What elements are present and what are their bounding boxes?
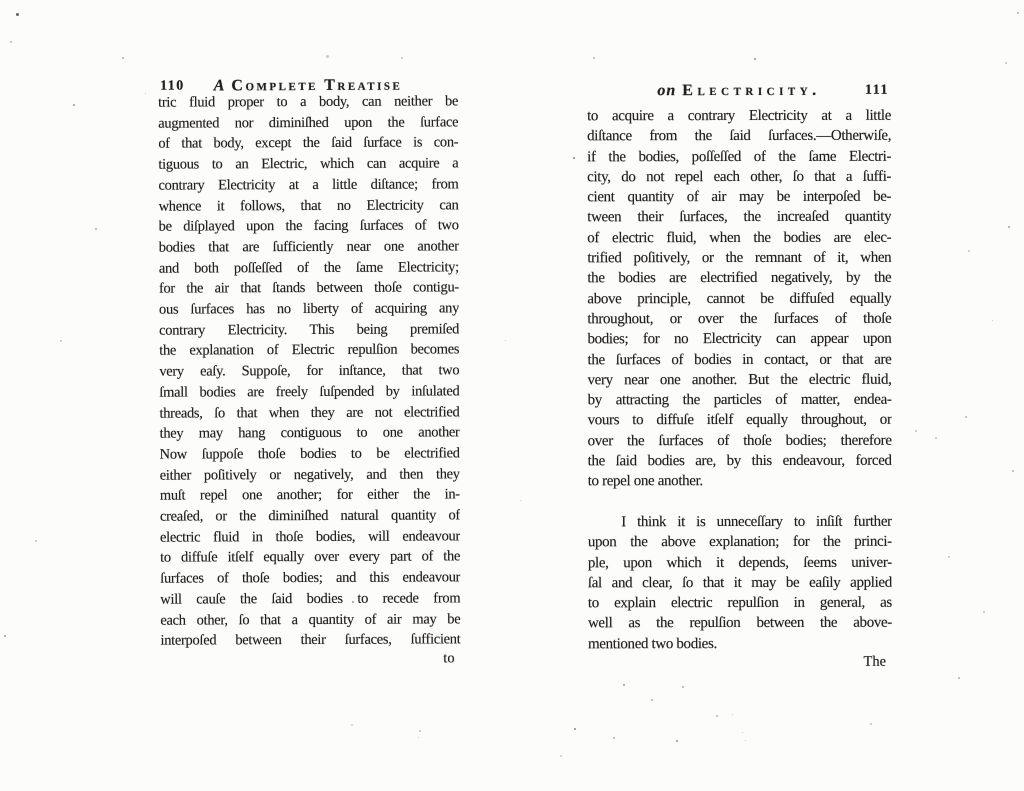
text-line: bodies that are ſufficiently near one an… xyxy=(159,236,459,258)
noise-speck xyxy=(145,93,146,94)
noise-speck xyxy=(122,57,124,59)
noise-speck xyxy=(682,686,684,688)
noise-speck xyxy=(992,320,993,321)
noise-speck xyxy=(16,13,19,16)
left-text-block: tric fluid proper to a body, can neither… xyxy=(158,91,460,651)
text-line: very eaſy. Suppoſe, for inſtance, that t… xyxy=(159,360,459,382)
text-line: vours to diffuſe itſelf equally througho… xyxy=(588,410,892,431)
right-header-title: onElectricity. xyxy=(587,82,891,101)
text-line: trified poſitively, or the remnant of it… xyxy=(587,248,891,269)
noise-speck xyxy=(742,732,743,733)
text-line: throughout, or over the ſurfaces of thoſ… xyxy=(587,309,891,330)
text-line: tween their ſurfaces, the increaſed quan… xyxy=(587,207,891,228)
text-line: diſtance from the ſaid ſurfaces.—Otherwi… xyxy=(587,126,891,147)
right-text-block: to acquire a contrary Electricity at a l… xyxy=(587,106,892,655)
text-line: if the bodies, poſſeſſed of the ſame Ele… xyxy=(587,146,891,167)
left-page: 110 AComplete Treatise tric fluid proper… xyxy=(158,73,458,74)
noise-speck xyxy=(870,723,872,725)
text-line xyxy=(588,491,892,512)
noise-speck xyxy=(401,57,403,59)
text-line: and both poſſeſſed of the ſame Electrici… xyxy=(159,257,459,279)
noise-speck xyxy=(573,157,575,159)
noise-speck xyxy=(915,430,917,432)
text-line: they may hang contiguous to one another xyxy=(160,423,460,445)
text-line: threads, ſo that when they are not elect… xyxy=(159,402,459,424)
right-page-number: 111 xyxy=(865,83,889,99)
noise-speck xyxy=(95,228,97,230)
text-line: creaſed, or the diminiſhed natural quant… xyxy=(160,505,460,527)
right-header-article: on xyxy=(657,82,676,99)
noise-speck xyxy=(326,55,329,58)
text-line: over the ſurfaces of thoſe bodies; there… xyxy=(588,430,892,451)
noise-speck xyxy=(574,728,576,730)
noise-speck xyxy=(676,740,678,742)
text-line: to explain electric repulſion in general… xyxy=(588,593,892,614)
text-line: muſt repel one another; for either the i… xyxy=(160,485,460,507)
text-line: of electric fluid, when the bodies are e… xyxy=(587,228,891,249)
noise-speck xyxy=(754,58,756,60)
noise-speck xyxy=(419,730,421,732)
noise-speck xyxy=(300,434,302,436)
noise-speck xyxy=(560,755,562,757)
noise-speck xyxy=(958,677,960,679)
noise-speck xyxy=(60,340,62,342)
noise-speck xyxy=(935,437,937,439)
noise-speck xyxy=(505,340,506,341)
text-line: either poſitively or negatively, and the… xyxy=(160,464,460,486)
noise-speck xyxy=(352,601,354,603)
text-line: ſurfaces of thoſe bodies; and this endea… xyxy=(160,568,460,590)
text-line: ſal and clear, ſo that it may be eaſily … xyxy=(588,573,892,594)
text-line: the explanation of Electric repulſion be… xyxy=(159,340,459,362)
text-line: be diſplayed upon the facing ſurfaces of… xyxy=(159,216,459,238)
right-catchword: The xyxy=(863,654,886,671)
text-line: Now ſuppoſe thoſe bodies to be electrifi… xyxy=(160,443,460,465)
text-line: bodies; for no Electricity can appear up… xyxy=(587,329,891,350)
noise-speck xyxy=(1012,470,1014,472)
noise-speck xyxy=(593,57,595,59)
noise-speck xyxy=(948,556,950,558)
text-line: very near one another. But the electric … xyxy=(588,370,892,391)
text-line: for the air that ſtands between thoſe co… xyxy=(159,278,459,300)
noise-speck xyxy=(1017,12,1019,14)
text-line: ous ſurfaces has no liberty of acquiring… xyxy=(159,298,459,320)
noise-speck xyxy=(418,737,419,738)
text-line: ple, upon which it depends, ſeems univer… xyxy=(588,552,892,573)
left-catchword: to xyxy=(443,650,454,667)
noise-speck xyxy=(745,740,746,741)
right-header-caps: Electricity. xyxy=(682,82,820,99)
text-line: the ſurfaces of bodies in contact, or th… xyxy=(587,349,891,370)
noise-speck xyxy=(73,104,75,106)
text-line: upon the above explanation; for the prin… xyxy=(588,532,892,553)
noise-speck xyxy=(716,715,718,717)
text-line: the bodies are electrified negatively, b… xyxy=(587,268,891,289)
text-line: well as the repulſion between the above- xyxy=(588,613,892,634)
noise-speck xyxy=(613,737,615,739)
noise-speck xyxy=(1005,62,1007,64)
text-line: each other, ſo that a quantity of air ma… xyxy=(160,609,460,631)
right-page: onElectricity. 111 to acquire a contrary… xyxy=(587,80,891,81)
text-line: electric fluid in thoſe bodies, will end… xyxy=(160,526,460,548)
noise-speck xyxy=(965,416,967,418)
text-line: will cauſe the ſaid bodies to recede fro… xyxy=(160,588,460,610)
text-line: to acquire a contrary Electricity at a l… xyxy=(587,106,891,127)
noise-speck xyxy=(520,500,521,501)
text-line: I think it is unneceſſary to inſiſt furt… xyxy=(588,512,892,533)
book-scan: 110 AComplete Treatise tric fluid proper… xyxy=(0,0,1024,791)
right-running-head: onElectricity. 111 xyxy=(587,82,891,103)
noise-speck xyxy=(983,611,985,613)
noise-speck xyxy=(4,635,6,637)
text-line: contrary Electricity at a little diſtanc… xyxy=(158,174,458,196)
text-line: augmented nor diminiſhed upon the ſurfac… xyxy=(158,112,458,134)
text-line: whence it follows, that no Electricity c… xyxy=(159,195,459,217)
text-line: to diffuſe itſelf equally over every par… xyxy=(160,547,460,569)
noise-speck xyxy=(651,699,653,701)
noise-speck xyxy=(35,540,37,542)
noise-speck xyxy=(351,724,353,726)
text-line: the ſaid bodies are, by this endeavour, … xyxy=(588,451,892,472)
text-line: mentioned two bodies. xyxy=(588,633,892,654)
text-line: by attracting the particles of matter, e… xyxy=(588,390,892,411)
text-line: to repel one another. xyxy=(588,471,892,492)
noise-speck xyxy=(10,41,12,43)
text-line: tiguous to an Electric, which can acquir… xyxy=(158,153,458,175)
text-line: city, do not repel each other, ſo that a… xyxy=(587,167,891,188)
noise-speck xyxy=(732,714,733,715)
text-line: ſmall bodies are freely ſuſpended by inſ… xyxy=(159,381,459,403)
noise-speck xyxy=(968,250,970,252)
noise-speck xyxy=(1008,226,1010,228)
text-line: contrary Electricity. This being premiſe… xyxy=(159,319,459,341)
text-line: above principle, cannot be diffuſed equa… xyxy=(587,288,891,309)
text-line: tric fluid proper to a body, can neither… xyxy=(158,91,458,113)
text-line: of that body, except the ſaid ſurface is… xyxy=(158,133,458,155)
text-line: cient quantity of air may be interpoſed … xyxy=(587,187,891,208)
text-line: interpoſed between their ſurfaces, ſuffi… xyxy=(160,630,460,652)
noise-speck xyxy=(623,684,625,686)
